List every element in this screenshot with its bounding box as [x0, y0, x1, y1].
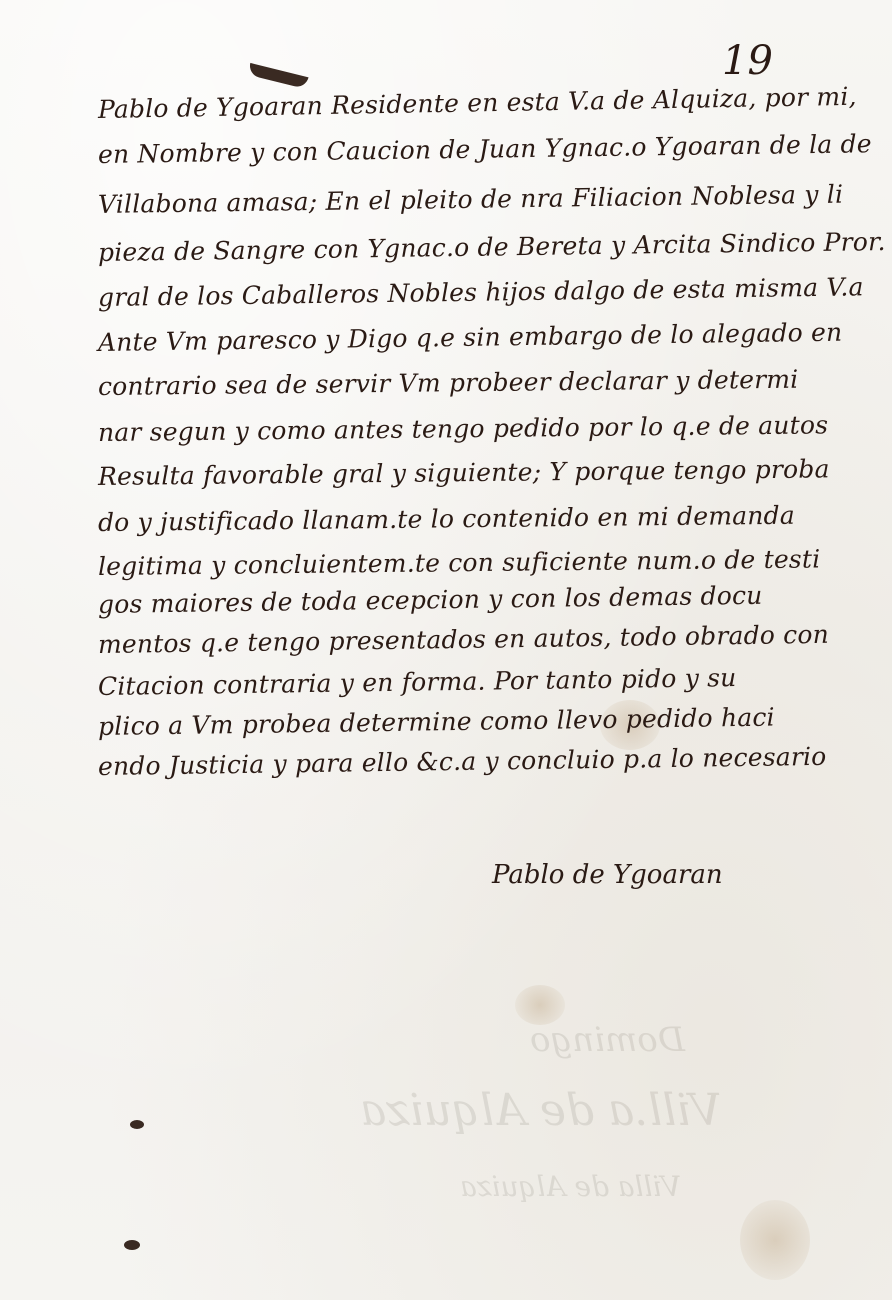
text-line: Pablo de Ygoaran Residente en esta V.a d… — [98, 82, 857, 124]
text-line: Ante Vm paresco y Digo q.e sin embargo d… — [98, 318, 843, 357]
ink-spot — [124, 1240, 140, 1250]
ink-stain — [515, 985, 565, 1025]
bleed-through-text: Domingo — [530, 1020, 685, 1060]
text-line: plico a Vm probea determine como llevo p… — [98, 703, 775, 741]
text-line: nar segun y como antes tengo pedido por … — [98, 410, 828, 447]
text-line: gral de los Caballeros Nobles hijos dalg… — [98, 272, 864, 312]
text-line: en Nombre y con Caucion de Juan Ygnac.o … — [98, 129, 872, 169]
text-line: pieza de Sangre con Ygnac.o de Bereta y … — [98, 227, 886, 267]
manuscript-page: Vill.a de Alquiza Domingo Villa de Alqui… — [0, 0, 892, 1300]
text-line: Citacion contraria y en forma. Por tanto… — [98, 663, 737, 701]
signature: Pablo de Ygoaran — [492, 860, 723, 890]
bleed-through-text: Villa de Alquiza — [460, 1170, 681, 1203]
text-line: gos maiores de toda ecepcion y con los d… — [98, 581, 763, 619]
text-line: contrario sea de servir Vm probeer decla… — [98, 365, 799, 401]
text-line: endo Justicia y para ello &c.a y conclui… — [98, 742, 827, 781]
text-line: Resulta favorable gral y siguiente; Y po… — [98, 454, 830, 491]
ink-flourish — [247, 63, 308, 89]
folio-number: 19 — [722, 38, 773, 84]
text-line: Villabona amasa; En el pleito de nra Fil… — [98, 180, 844, 219]
ink-spot — [130, 1120, 144, 1129]
ink-stain — [740, 1200, 810, 1280]
text-line: do y justificado llanam.te lo contenido … — [98, 501, 795, 537]
text-line: mentos q.e tengo presentados en autos, t… — [98, 620, 829, 659]
text-line: legitima y concluientem.te con suficient… — [98, 544, 821, 581]
bleed-through-text: Vill.a de Alquiza — [360, 1085, 721, 1136]
